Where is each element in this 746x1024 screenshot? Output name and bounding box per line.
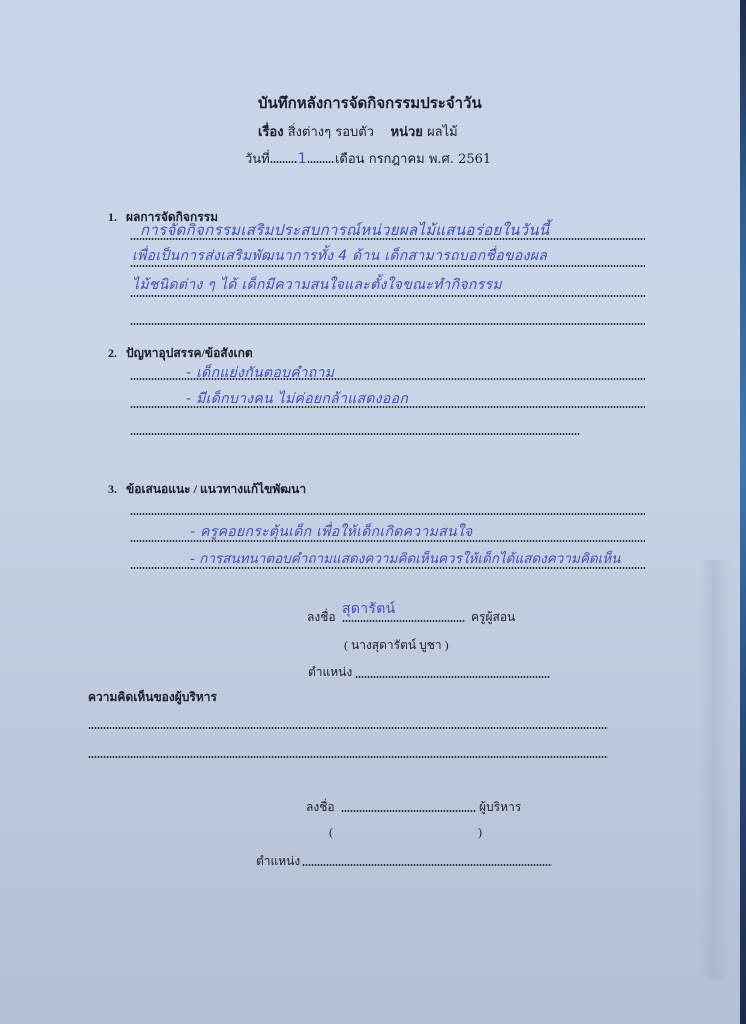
unit-label: หน่วย [391,125,423,140]
teacher-sign-label: ลงชื่อ [307,608,336,627]
section-2-heading: 2. ปัญหาอุปสรรค/ข้อสังเกต [108,344,253,363]
dotted-line [130,378,645,380]
position-line [302,864,552,866]
dotted-line [130,295,645,297]
paper-crease [700,560,730,980]
subject-line: เรื่อง สิ่งต่างๆ รอบตัว หน่วย ผลไม้ [258,121,458,142]
admin-name-open-paren: ( [329,825,333,840]
dotted-line [130,567,645,569]
teacher-signature: สุดารัตน์ [342,598,395,620]
admin-name-close-paren: ) [478,825,482,840]
teacher-full-name: ( นางสุดารัตน์ บูชา ) [344,636,449,655]
document-title: บันทึกหลังการจัดกิจกรรมประจำวัน [258,91,482,115]
dotted-line [130,433,580,435]
dotted-line [130,238,645,240]
signature-line [341,810,476,812]
unit-value: ผลไม้ [427,125,458,140]
dotted-line [130,540,645,542]
dotted-line [130,406,645,408]
teacher-position-label: ตำแหน่ง [308,663,352,682]
admin-sign-label: ลงชื่อ [306,798,335,817]
admin-comments-heading: ความคิดเห็นของผู้บริหาร [88,688,217,707]
dotted-line [130,265,645,267]
dotted-line [88,756,608,758]
signature-line [342,620,466,622]
date-suffix: เดือน กรกฎาคม พ.ศ. 2561 [335,152,491,167]
admin-role: ผู้บริหาร [479,798,521,817]
section-2-line-1: - เด็กแย่งกันตอบคำถาม [186,362,334,384]
section-1-line-3: ไม้ชนิดต่าง ๆ ได้ เด็กมีความสนใจและตั้งใ… [132,274,502,296]
section-3-line-2: - การสนทนาตอบคำถามแสดงความคิดเห็นควรให้เ… [190,547,620,569]
date-day: 1 [298,151,307,167]
dotted-line [88,727,608,729]
subject-label: เรื่อง [258,125,284,140]
section-1-line-2: เพื่อเป็นการส่งเสริมพัฒนาการทั้ง 4 ด้าน … [132,245,547,267]
dotted-line [130,513,645,515]
date-prefix: วันที่ [245,152,270,167]
background-edge [740,0,746,1024]
dotted-line [130,323,645,325]
subject-value: สิ่งต่างๆ รอบตัว [288,125,374,140]
teacher-role: ครูผู้สอน [471,608,515,627]
position-line [355,676,550,678]
admin-position-label: ตำแหน่ง [256,852,300,871]
section-3-heading: 3. ข้อเสนอแนะ / แนวทางแก้ไขพัฒนา [108,480,306,499]
date-line: วันที่1เดือน กรกฎาคม พ.ศ. 2561 [245,148,491,169]
